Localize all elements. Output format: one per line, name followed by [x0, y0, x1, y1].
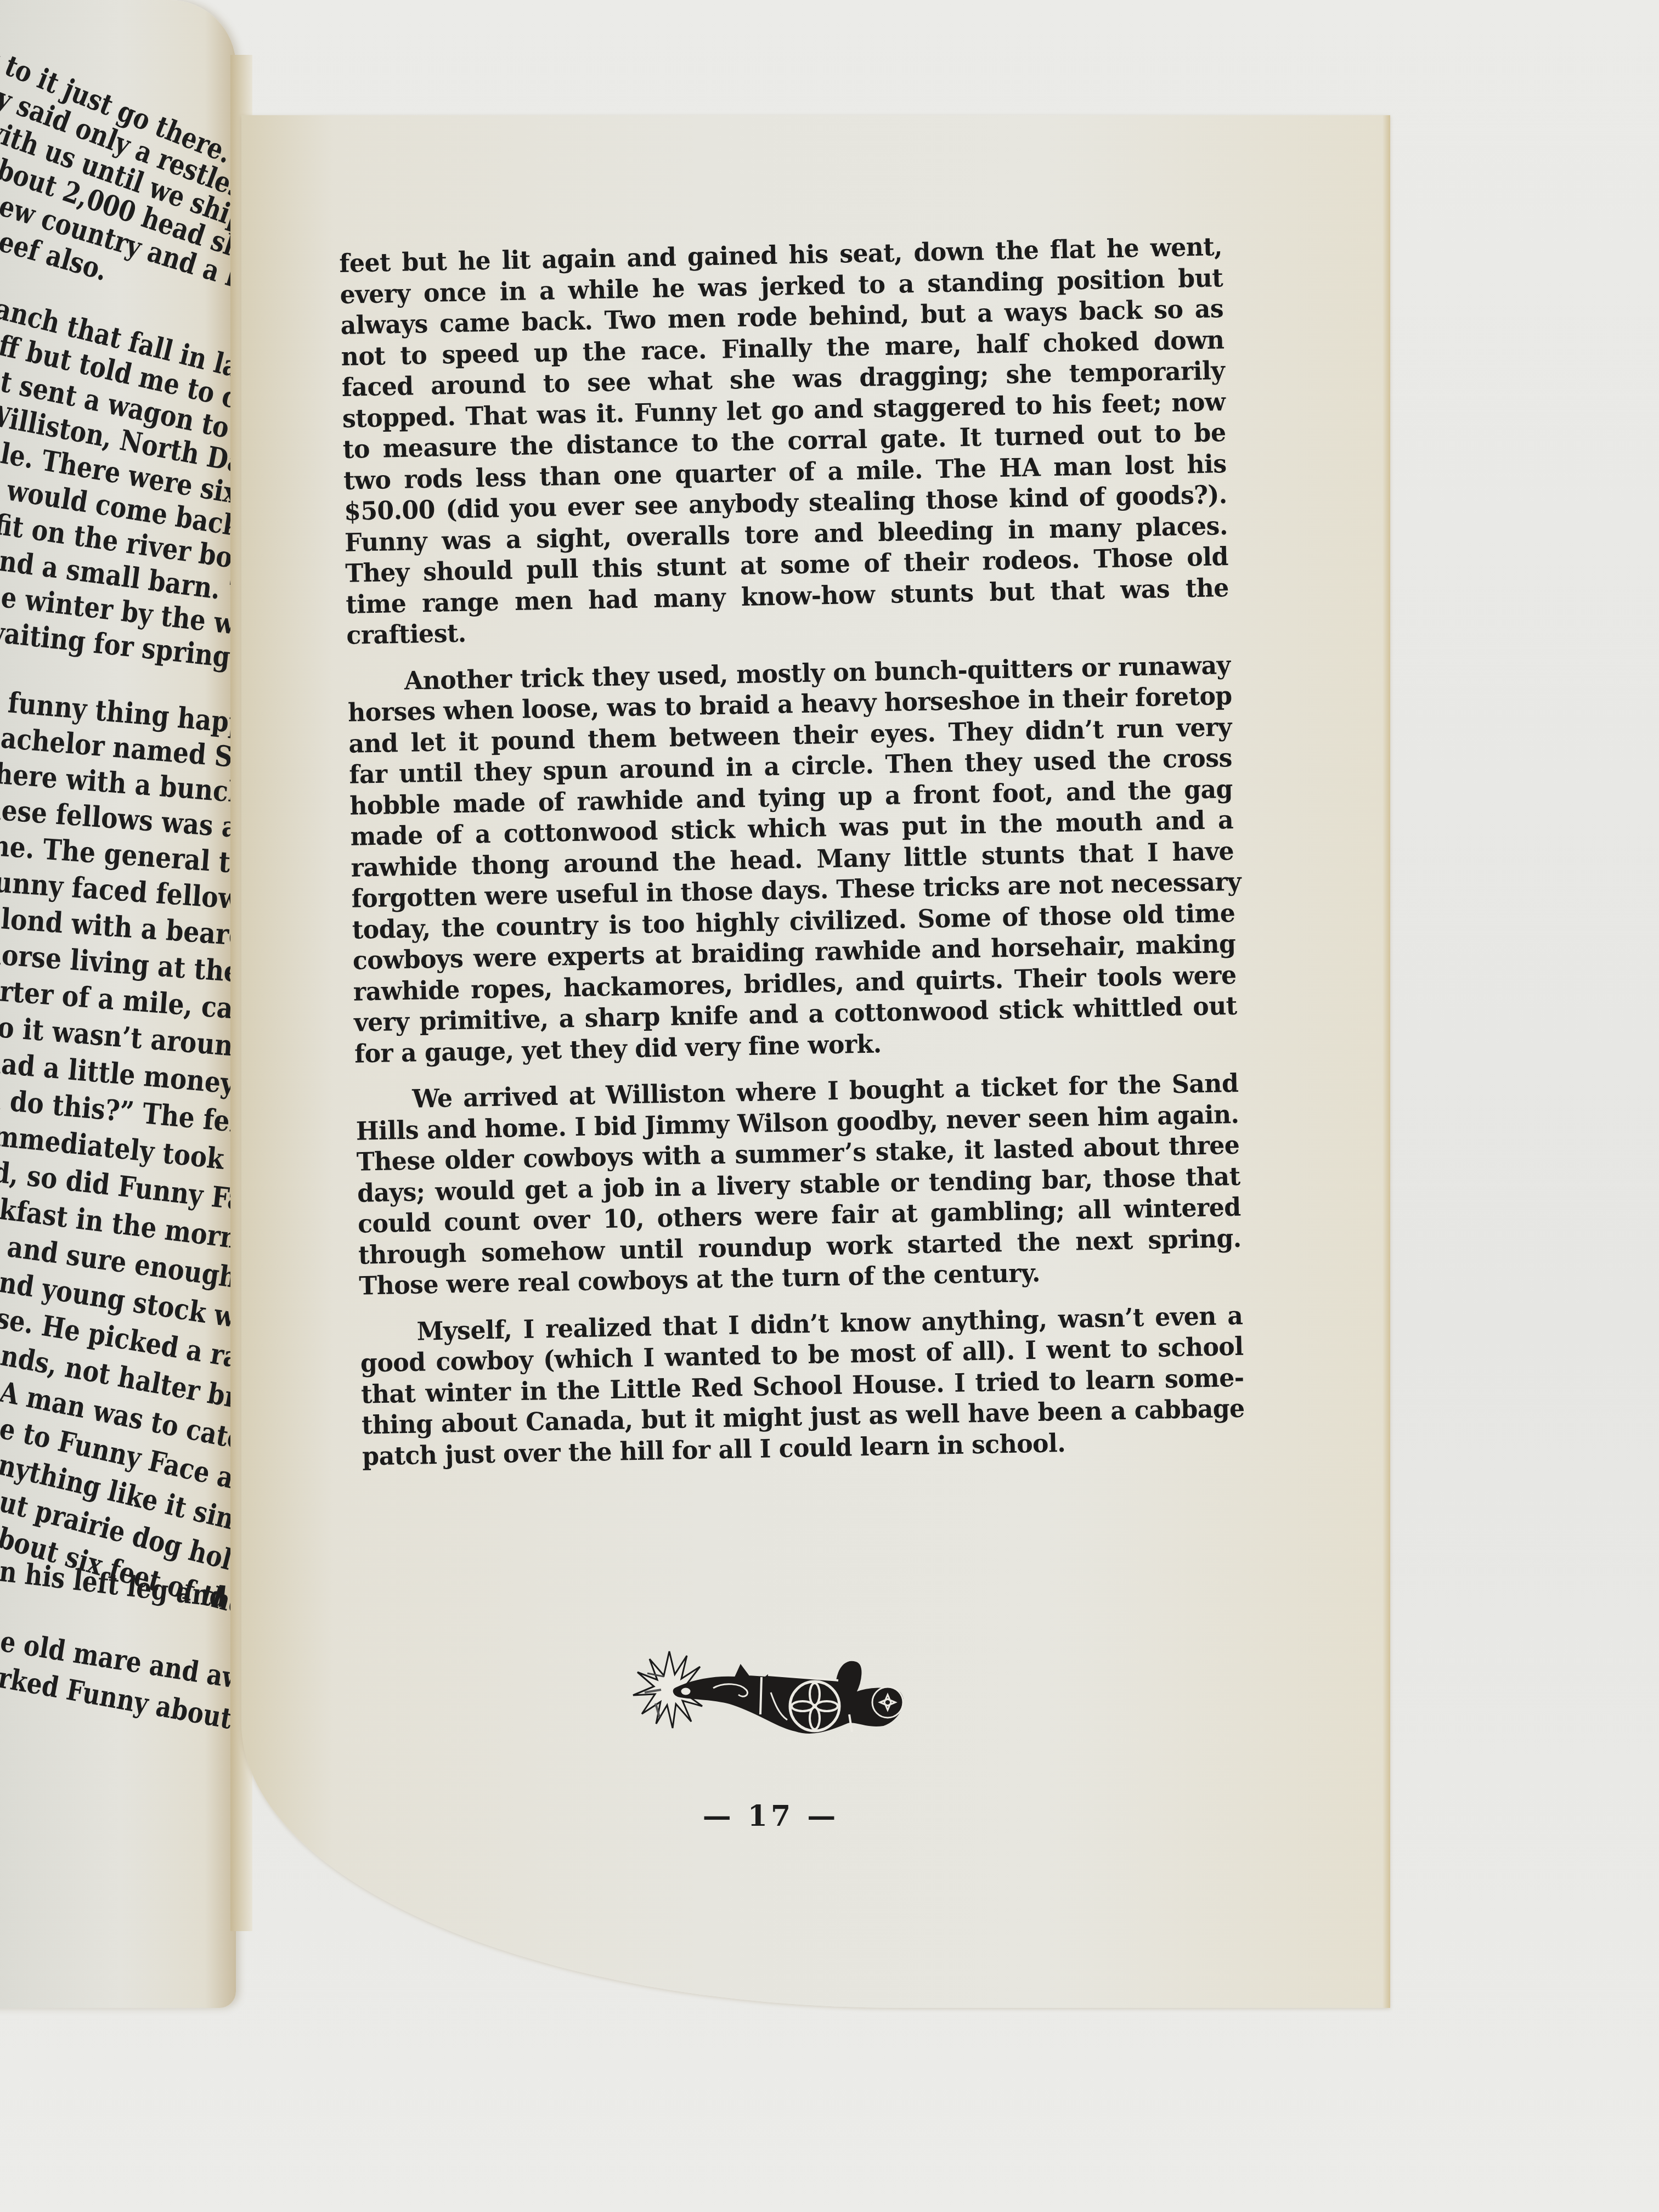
right-page-text: feet but he lit again and gained his sea…: [339, 230, 1264, 1487]
spur-illustration-icon: [631, 1638, 927, 1736]
left-page: g to it just go there. Jimey said only a…: [0, 0, 236, 2008]
paragraph-2: Another trick they used, mostly on bunch…: [347, 649, 1256, 1069]
paragraph-1: feet but he lit again and gained his sea…: [339, 230, 1248, 651]
page-number: — 17 —: [702, 1799, 839, 1833]
paragraph-3: We arrived at Williston where I bought a…: [355, 1067, 1260, 1301]
paragraph-4: Myself, I realized that I didn’t know an…: [359, 1300, 1263, 1472]
